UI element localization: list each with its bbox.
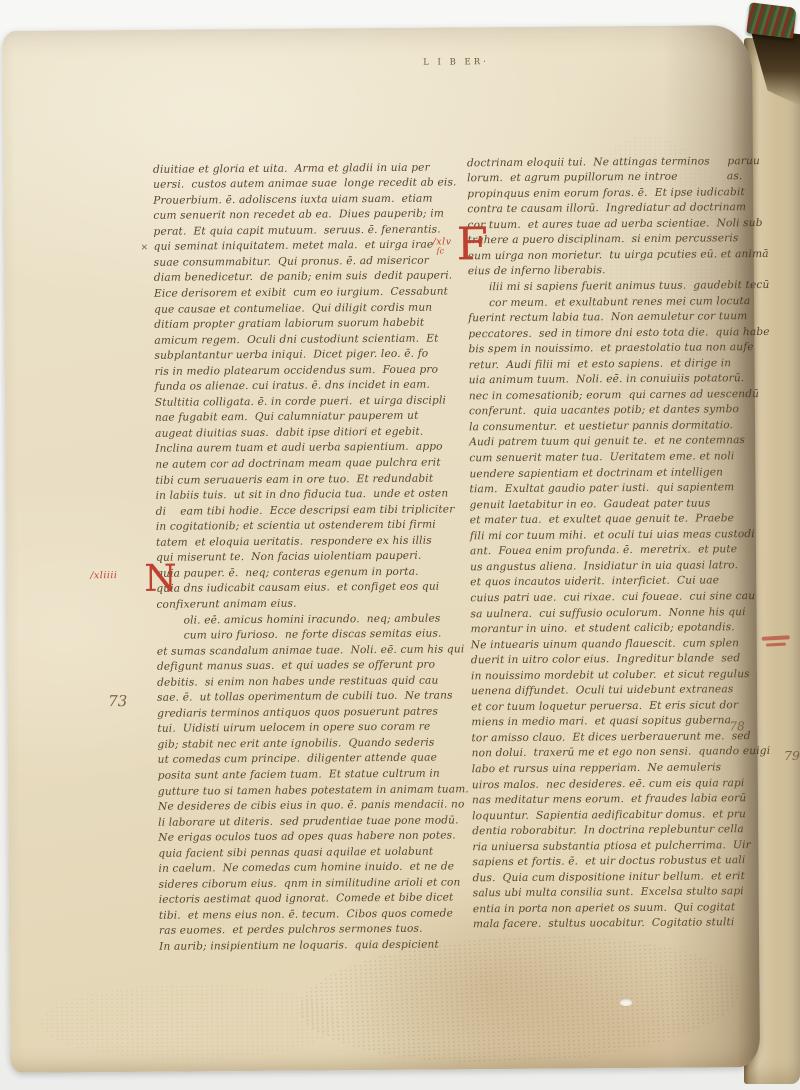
- foreedge-rubric-mark: [759, 633, 794, 655]
- rubric-stroke: [762, 635, 790, 640]
- rubric-initial-f: F: [456, 221, 488, 266]
- text-line: ilii mi si sapiens fuerit animus tuus. g…: [468, 278, 760, 296]
- parchment-page: L I B ER· ∕xliiii ∕xlv 73 78 × ſc N diui…: [2, 25, 760, 1073]
- text-line: duerit in uitro color eius. Ingreditur b…: [471, 651, 763, 669]
- text-line: cum senuerit mater tua. Ueritatem eme. e…: [469, 449, 761, 467]
- text-line: ne autem cor ad doctrinam meam quae pulc…: [155, 455, 457, 473]
- parchment-flaw: [620, 998, 633, 1006]
- text-line: eum uirga non morietur. tu uirga pcuties…: [468, 247, 760, 265]
- folio-number-left-margin: 73: [108, 692, 127, 710]
- rubric-stroke: [766, 643, 786, 647]
- text-line: tiam. Exultat gaudio pater iusti. qui sa…: [469, 480, 761, 498]
- folio-number-edge: 79: [784, 748, 800, 763]
- nota-mark: ×: [141, 243, 149, 253]
- manuscript-photo: 79 L I B ER· ∕xliiii ∕xlv 73 78 × ſc N d…: [0, 0, 800, 1090]
- text-line: Ne desideres de cibis eius in quo. ē. pa…: [158, 797, 460, 815]
- text-column-right: F doctrinam eloquii tui. Ne attingas ter…: [467, 107, 765, 933]
- text-line: Eice derisorem et exibit cum eo iurgium.…: [154, 284, 456, 302]
- text-line: morantur in uino. et student calicib; ep…: [471, 620, 763, 638]
- text-line: dentia roborabitur. In doctrina replebun…: [472, 822, 764, 840]
- running-header: L I B ER·: [423, 57, 489, 68]
- text-line: nas meditatur mens eorum. et fraudes lab…: [472, 791, 764, 809]
- binding-endband: [746, 2, 796, 38]
- parchment-stain: [39, 983, 340, 1060]
- text-line: fuerint rectum labia tua. Non aemuletur …: [468, 309, 760, 327]
- rubric-initial-n: N: [144, 560, 177, 597]
- chapter-numeral-xliiii: ∕xliiii: [90, 570, 117, 581]
- text-line: posita sunt ante faciem tuam. Et statue …: [158, 766, 460, 784]
- text-line: mala facere. stultus uocabitur. Cogitati…: [473, 915, 765, 933]
- text-line: cuius patri uae. cui rixae. cui foueae. …: [470, 589, 762, 607]
- text-column-left: N diuitiae et gloria et uita. Arma et gl…: [153, 113, 462, 955]
- text-line: labo et rursus uina repperiam. Ne aemule…: [472, 760, 764, 778]
- text-line: ditiam propter gratiam labiorum suorum h…: [154, 316, 456, 334]
- text-line: In aurib; insipientium ne loquaris. quia…: [159, 937, 461, 955]
- text-line: quia dns iudicabit causam eius. et confi…: [156, 580, 458, 598]
- text-line: cum uiro furioso. ne forte discas semita…: [157, 626, 459, 644]
